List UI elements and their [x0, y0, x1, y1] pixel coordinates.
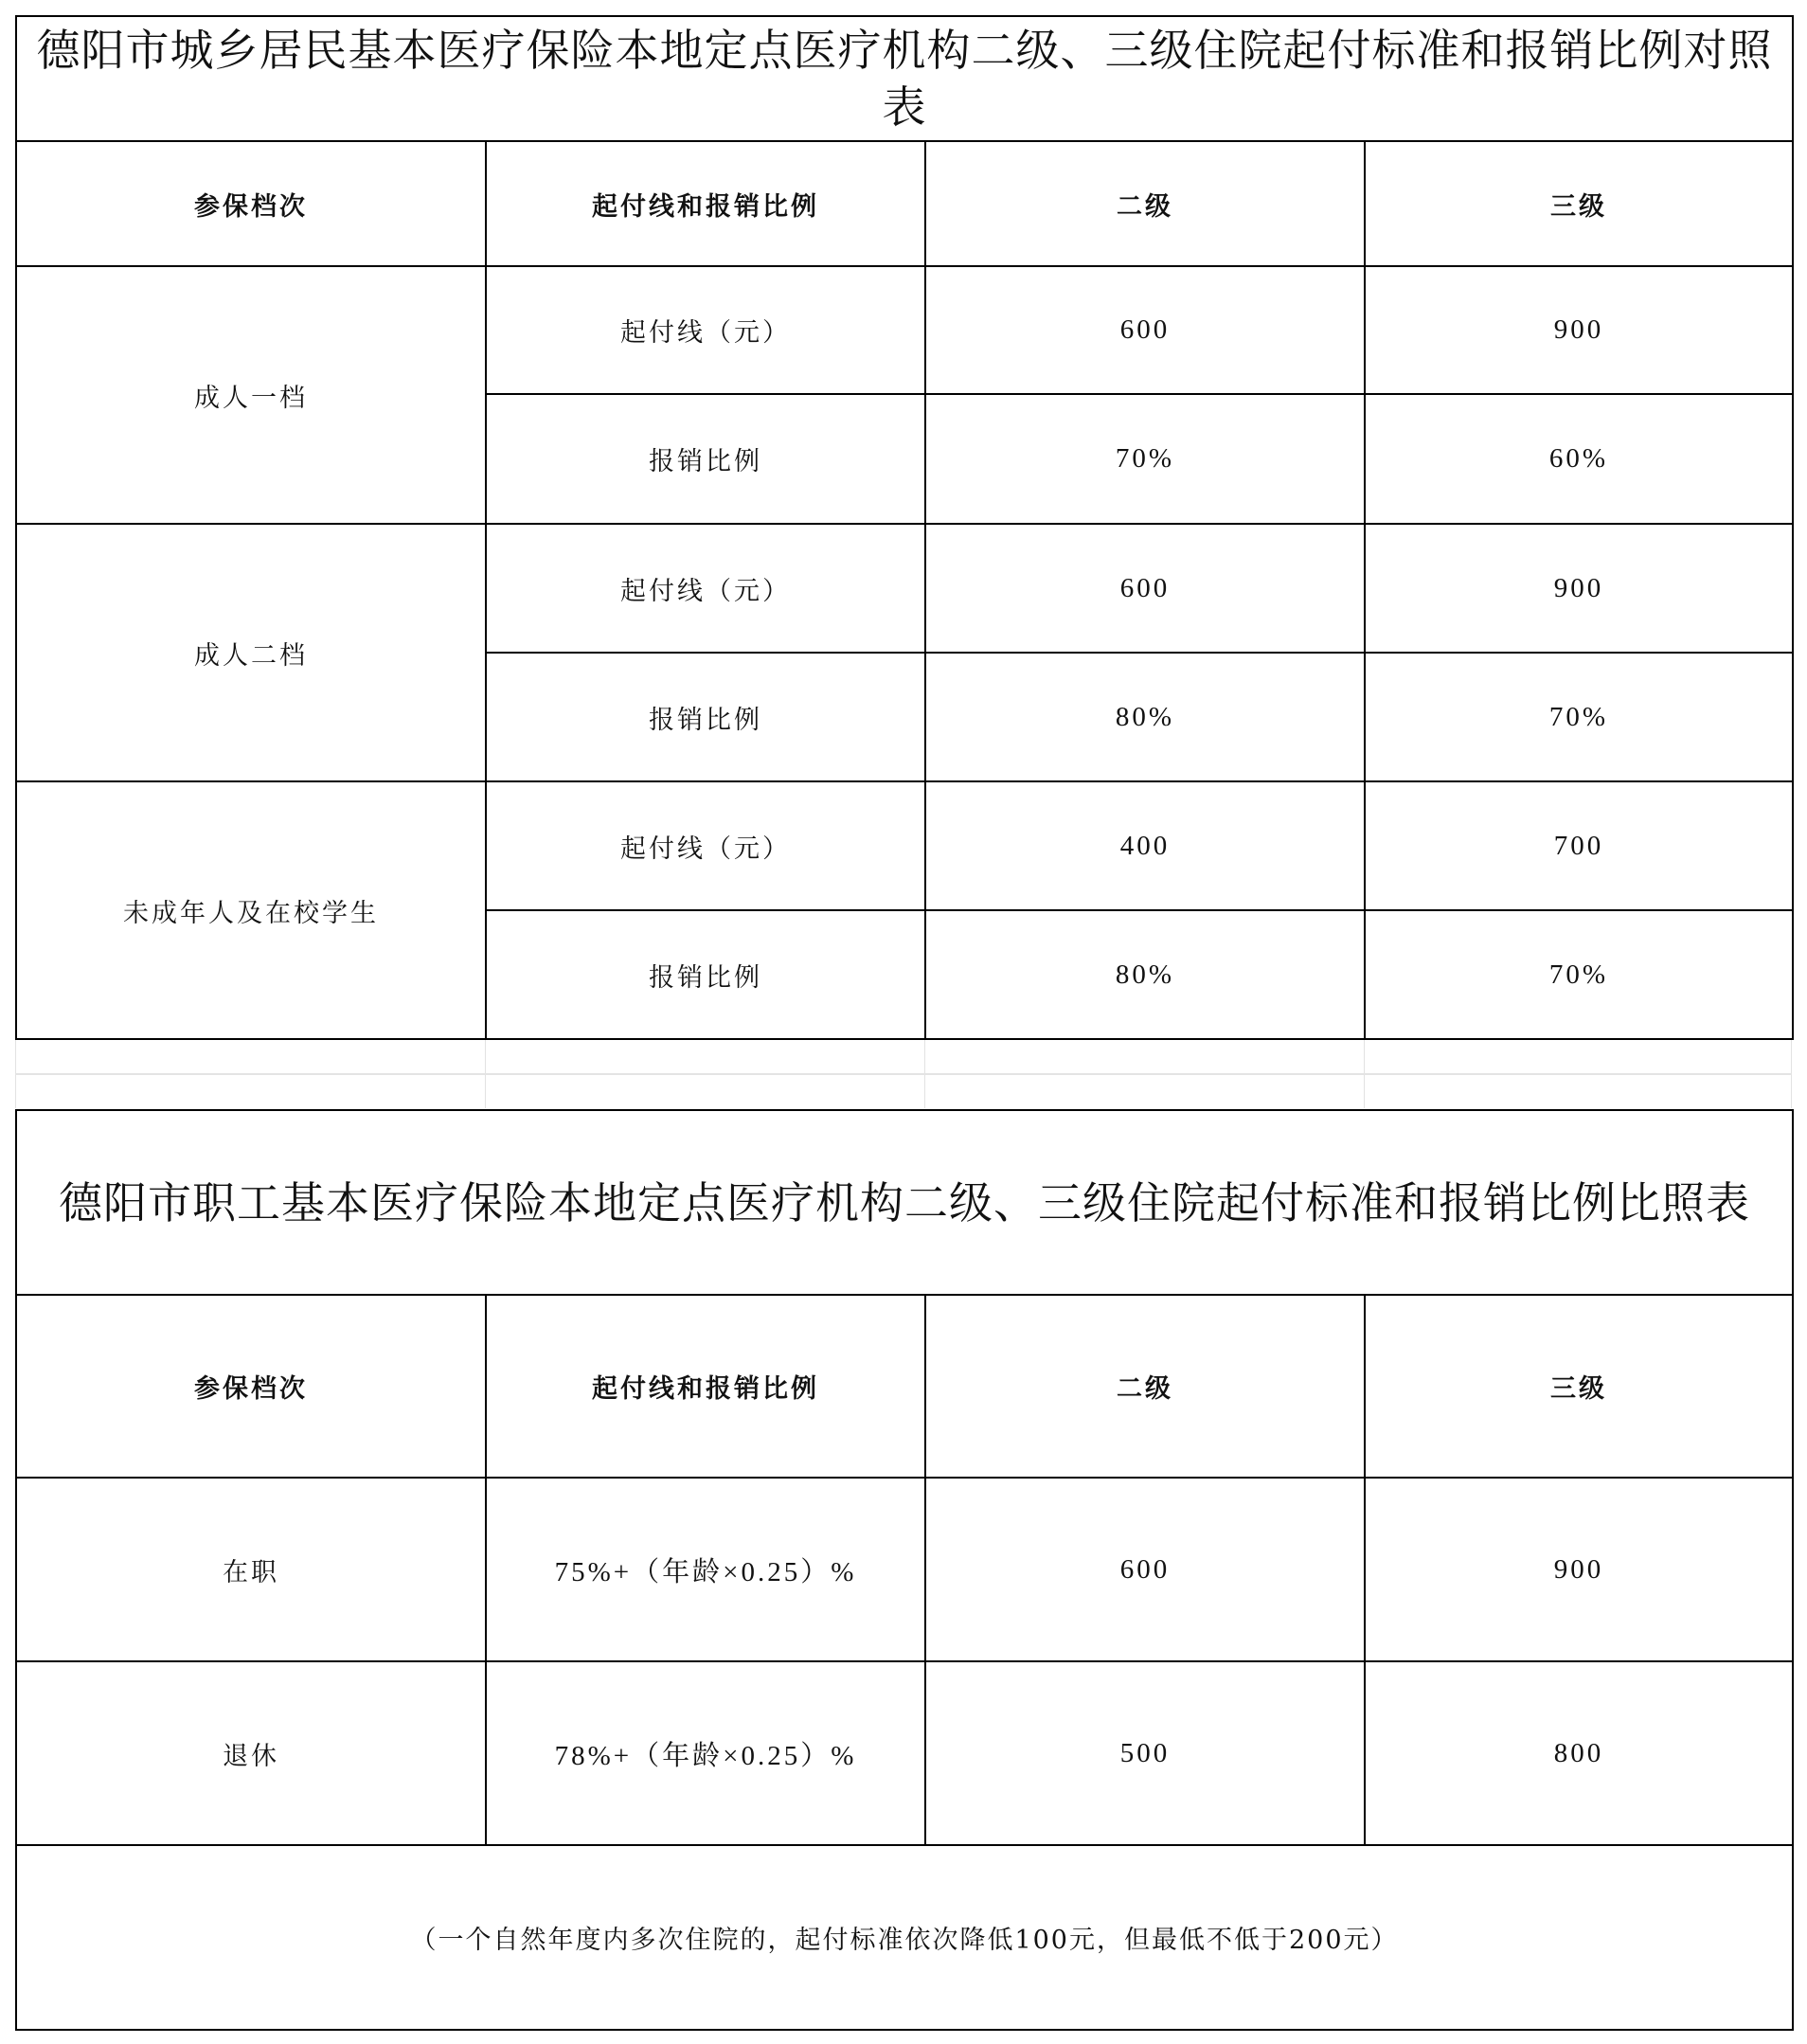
employee-table-title: 德阳市职工基本医疗保险本地定点医疗机构二级、三级住院起付标准和报销比例比照表: [16, 1110, 1793, 1295]
table-row: 未成年人及在校学生 起付线（元） 400 700: [16, 781, 1793, 910]
item-cell: 报销比例: [486, 394, 925, 524]
level3-value: 900: [1365, 1478, 1793, 1661]
resident-table-title: 德阳市城乡居民基本医疗保险本地定点医疗机构二级、三级住院起付标准和报销比例对照表: [16, 16, 1793, 141]
level3-value: 900: [1365, 524, 1793, 653]
ratio-cell: 75%+（年龄×0.25）%: [486, 1478, 925, 1661]
level2-value: 500: [925, 1661, 1365, 1845]
empty-grid-gap: [15, 1040, 1792, 1108]
tier-cell: 在职: [16, 1478, 486, 1661]
level3-value: 60%: [1365, 394, 1793, 524]
level3-value: 700: [1365, 781, 1793, 910]
ratio-cell: 78%+（年龄×0.25）%: [486, 1661, 925, 1845]
item-cell: 起付线（元）: [486, 266, 925, 394]
tier-cell: 成人一档: [16, 266, 486, 524]
header-item: 起付线和报销比例: [486, 141, 925, 266]
item-cell: 起付线（元）: [486, 781, 925, 910]
level2-value: 80%: [925, 653, 1365, 781]
item-cell: 报销比例: [486, 653, 925, 781]
level2-value: 70%: [925, 394, 1365, 524]
header-level2: 二级: [925, 1295, 1365, 1478]
level2-value: 400: [925, 781, 1365, 910]
tier-cell: 退休: [16, 1661, 486, 1845]
item-cell: 报销比例: [486, 910, 925, 1039]
level3-value: 70%: [1365, 910, 1793, 1039]
tier-cell: 成人二档: [16, 524, 486, 781]
level2-value: 600: [925, 524, 1365, 653]
level3-value: 900: [1365, 266, 1793, 394]
table-row: 在职 75%+（年龄×0.25）% 600 900: [16, 1478, 1793, 1661]
level3-value: 800: [1365, 1661, 1793, 1845]
header-tier: 参保档次: [16, 1295, 486, 1478]
resident-insurance-table: 德阳市城乡居民基本医疗保险本地定点医疗机构二级、三级住院起付标准和报销比例对照表…: [15, 15, 1794, 1040]
footnote: （一个自然年度内多次住院的，起付标准依次降低100元，但最低不低于200元）: [16, 1845, 1793, 2030]
level2-value: 600: [925, 1478, 1365, 1661]
table-row: 成人一档 起付线（元） 600 900: [16, 266, 1793, 394]
grid-line: [15, 1073, 1792, 1075]
tier-cell: 未成年人及在校学生: [16, 781, 486, 1039]
header-level3: 三级: [1365, 1295, 1793, 1478]
table-row: 退休 78%+（年龄×0.25）% 500 800: [16, 1661, 1793, 1845]
employee-insurance-table: 德阳市职工基本医疗保险本地定点医疗机构二级、三级住院起付标准和报销比例比照表 参…: [15, 1109, 1794, 2031]
level3-value: 70%: [1365, 653, 1793, 781]
header-tier: 参保档次: [16, 141, 486, 266]
header-level2: 二级: [925, 141, 1365, 266]
header-level3: 三级: [1365, 141, 1793, 266]
table-row: 成人二档 起付线（元） 600 900: [16, 524, 1793, 653]
level2-value: 600: [925, 266, 1365, 394]
header-item: 起付线和报销比例: [486, 1295, 925, 1478]
item-cell: 起付线（元）: [486, 524, 925, 653]
level2-value: 80%: [925, 910, 1365, 1039]
